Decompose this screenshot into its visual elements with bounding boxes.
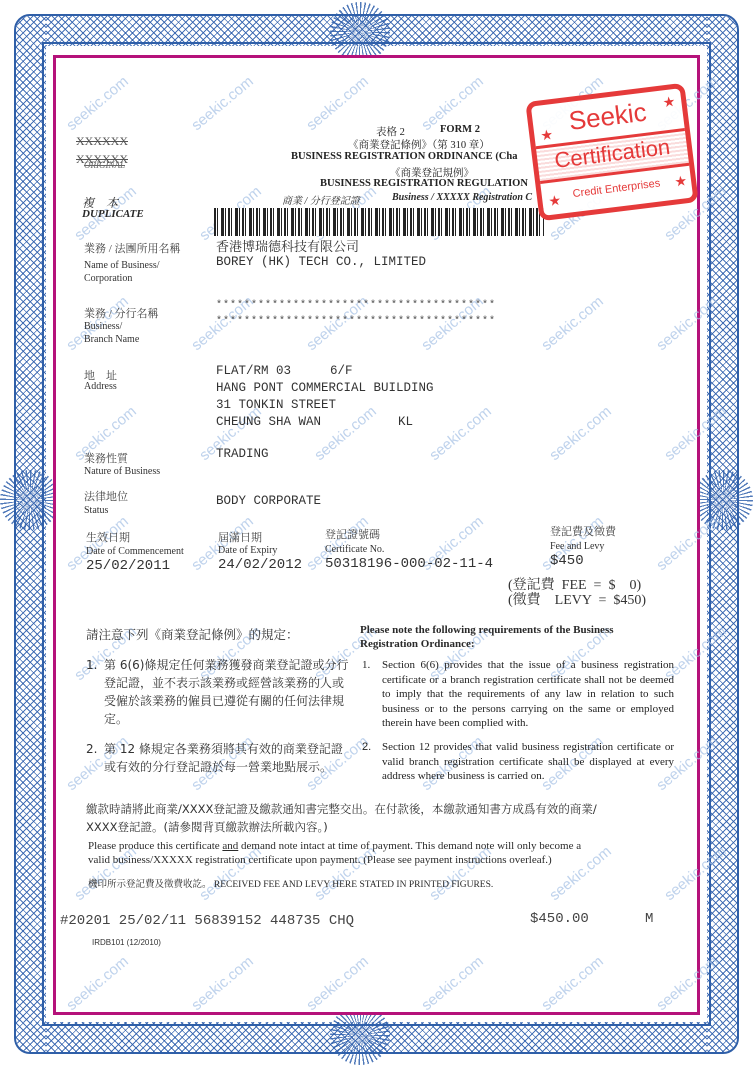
status-value: BODY CORPORATE	[216, 494, 321, 508]
top-rosette-ornament	[330, 2, 390, 62]
left-rosette-ornament	[0, 470, 60, 530]
address-district: KL	[398, 415, 413, 429]
business-name-label-zh: 業務 / 法團所用名稱	[84, 240, 181, 256]
expiry-label-en: Date of Expiry	[218, 544, 277, 557]
status-label-zh: 法律地位	[84, 488, 128, 504]
form-number-en: FORM 2	[440, 124, 480, 135]
branch-name-value-1: ****************************************	[216, 300, 496, 311]
note-zh-1-number: 1.	[86, 656, 97, 674]
address-line-4: CHEUNG SHA WAN	[216, 415, 321, 429]
payment-instruction-zh-2: XXXX登記證。(請參閱背頁繳款辦法所載內容。)	[86, 818, 328, 836]
star-icon: ★	[674, 172, 689, 190]
business-name-label-en-2: Corporation	[84, 272, 132, 285]
fee-label-zh: 登記費及徵費	[550, 523, 616, 539]
certificate-type-zh: 商業 / 分行登記證	[282, 192, 360, 207]
address-line-1: FLAT/RM 03	[216, 364, 291, 378]
barcode	[214, 208, 544, 236]
received-statement: 機印所示登記費及徵費收訖。 RECEIVED FEE AND LEVY HERE…	[88, 876, 493, 890]
payment-instruction-en-2: valid business/XXXXX registration certif…	[88, 854, 552, 866]
note-en-1-text: Section 6(6) provides that the issue of …	[382, 658, 674, 731]
note-zh-1-text: 第 6(6)條規定任何業務獲發商業登記證或分行登記證，並不表示該業務或經營該業務…	[104, 656, 352, 728]
business-name-en: BOREY (HK) TECH CO., LIMITED	[216, 255, 426, 269]
branch-name-label-en-2: Branch Name	[84, 333, 139, 346]
business-name-zh: 香港博瑞德科技有限公司	[216, 236, 359, 255]
commencement-label-en: Date of Commencement	[86, 545, 184, 558]
notes-heading-en-2: Registration Ordinance:	[360, 638, 475, 650]
business-name-label-en: Name of Business/	[84, 259, 160, 272]
nature-value: TRADING	[216, 447, 269, 461]
fee-total: $450	[550, 553, 584, 569]
branch-name-value-2: ****************************************	[216, 316, 496, 327]
notes-heading-en: Please note the following requirements o…	[360, 624, 614, 636]
expiry-date: 24/02/2012	[218, 557, 302, 573]
address-line-3: 31 TONKIN STREET	[216, 398, 336, 412]
nature-label-en: Nature of Business	[84, 465, 160, 478]
receipt-line: #20201 25/02/11 56839152 448735 CHQ	[60, 913, 354, 929]
nature-label-zh: 業務性質	[84, 450, 128, 466]
certificate-no-label-zh: 登記證號碼	[325, 526, 380, 542]
duplicate-label: DUPLICATE	[82, 208, 144, 220]
certification-stamp: ★ ★ Seekic Certification ★ Credit Enterp…	[525, 83, 698, 222]
commencement-label-zh: 生效日期	[86, 529, 130, 545]
right-rosette-ornament	[693, 470, 753, 530]
original-label: ORIGINAL	[84, 160, 125, 170]
regulations-en: BUSINESS REGISTRATION REGULATION	[320, 178, 528, 189]
payment-instruction-emphasis: and	[222, 840, 238, 852]
note-en-2-text: Section 12 provides that valid business …	[382, 740, 674, 784]
notes-heading-zh: 請注意下列《商業登記條例》的規定：	[86, 626, 299, 644]
status-label-en: Status	[84, 504, 108, 517]
ordinance-en: BUSINESS REGISTRATION ORDINANCE (Cha	[291, 151, 517, 162]
branch-name-label-zh: 業務 / 分行名稱	[84, 305, 159, 321]
form-code: IRDB101 (12/2010)	[92, 938, 161, 947]
payment-instruction-en-1: Please produce this certificate and dema…	[88, 840, 581, 852]
ordinance-zh: 《商業登記條例》（第 310 章）	[348, 137, 490, 152]
branch-name-label-en: Business/	[84, 320, 122, 333]
certificate-no-label-en: Certificate No.	[325, 543, 384, 556]
fee-label-en: Fee and Levy	[550, 540, 604, 553]
address-line-2: HANG PONT COMMERCIAL BUILDING	[216, 381, 434, 395]
receipt-code: M	[645, 911, 653, 927]
original-zh-struck: XXXXXX	[76, 134, 128, 149]
note-en-1-number: 1.	[362, 658, 370, 673]
expiry-label-zh: 屆滿日期	[218, 529, 262, 545]
note-zh-2-text: 第 12 條規定各業務須將其有效的商業登記證或有效的分行登記證於每一營業地點展示…	[104, 740, 352, 776]
payment-instruction-part: Please produce this certificate	[88, 840, 222, 852]
certificate-number: 50318196-000-02-11-4	[325, 556, 493, 572]
levy-breakdown: (徵費 LEVY = $450)	[508, 589, 646, 609]
commencement-date: 25/02/2011	[86, 558, 170, 574]
address-label-en: Address	[84, 380, 117, 393]
note-zh-2-number: 2.	[86, 740, 97, 758]
receipt-amount: $450.00	[530, 911, 589, 927]
payment-instruction-zh-1: 繳款時請將此商業/XXXX登記證及繳款通知書完整交出。在付款後，本繳款通知書方成…	[86, 800, 597, 818]
payment-instruction-part: demand note intact at time of payment. T…	[238, 840, 581, 852]
certificate-type-en: Business / XXXXX Registration C	[392, 192, 532, 203]
note-en-2-number: 2.	[362, 740, 371, 755]
address-floor: 6/F	[330, 364, 353, 378]
